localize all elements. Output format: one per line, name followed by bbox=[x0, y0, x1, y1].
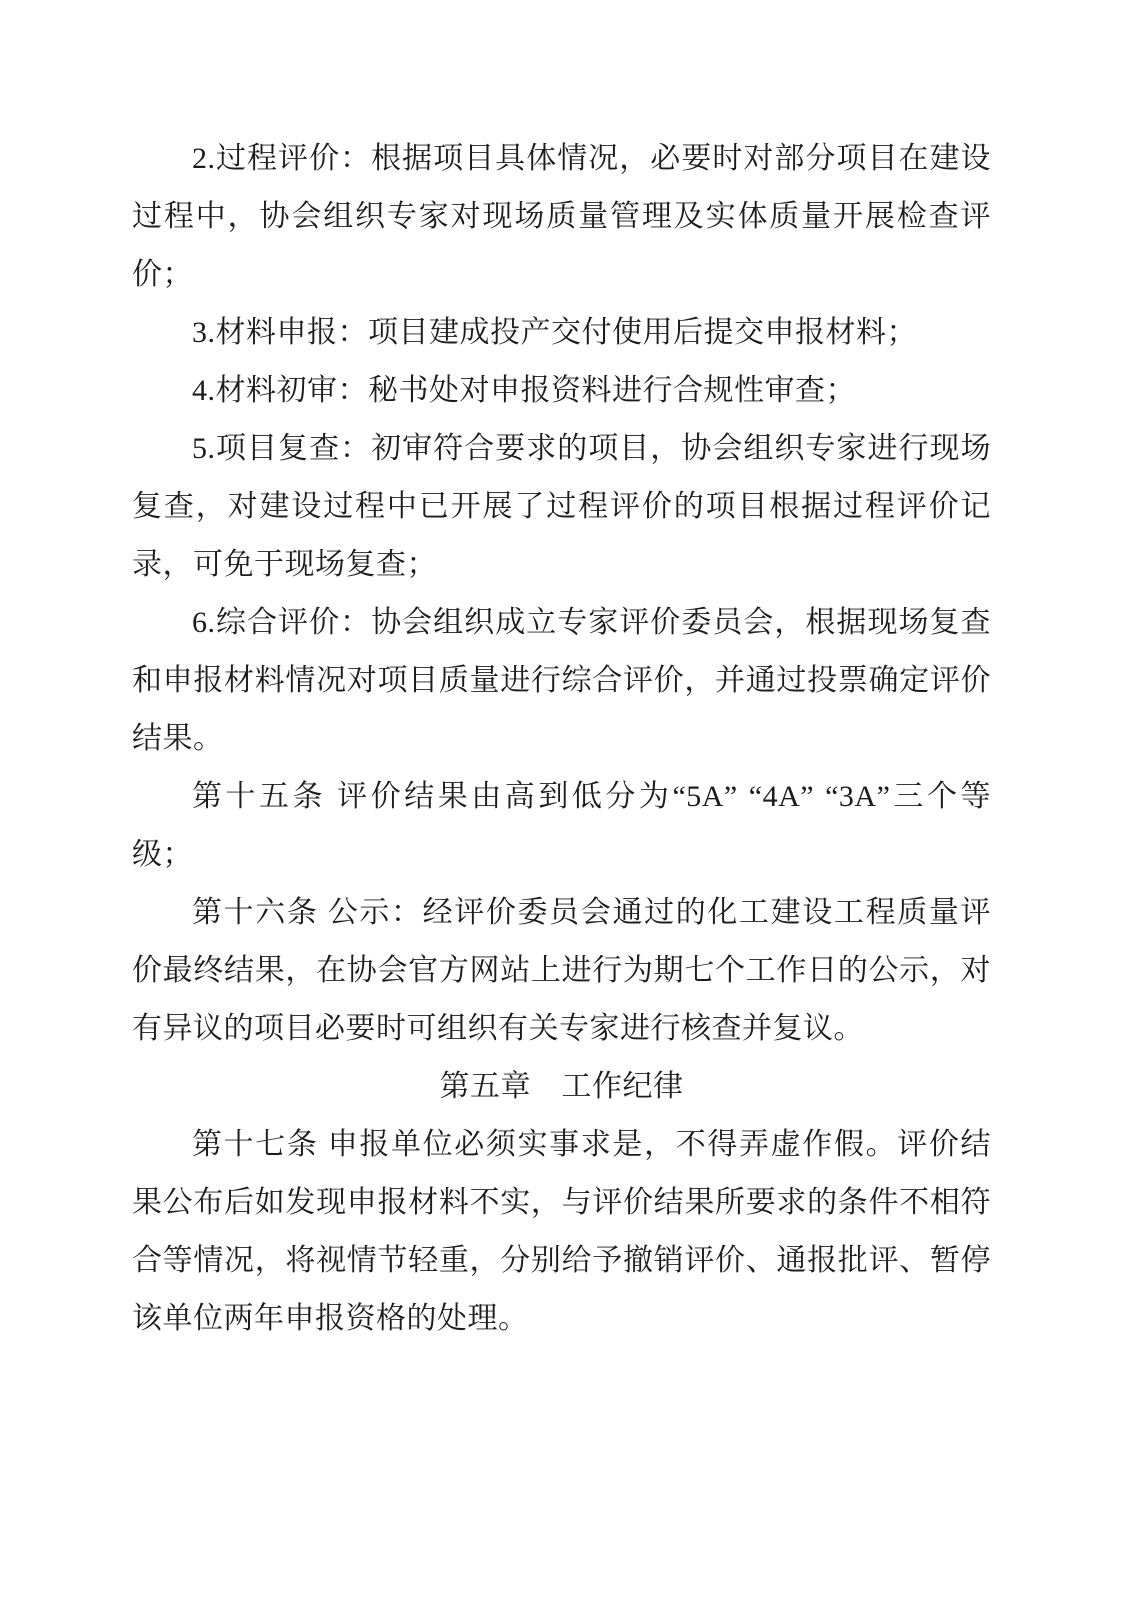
body-paragraph-process-evaluation: 2.过程评价：根据项目具体情况，必要时对部分项目在建设过程中，协会组织专家对现场… bbox=[132, 130, 991, 304]
body-paragraph-material-initial-review: 4.材料初审：秘书处对申报资料进行合规性审查； bbox=[132, 362, 991, 420]
body-paragraph-comprehensive-evaluation: 6.综合评价：协会组织成立专家评价委员会，根据现场复查和申报材料情况对项目质量进… bbox=[132, 594, 991, 768]
body-paragraph-article-17: 第十七条 申报单位必须实事求是，不得弄虚作假。评价结果公布后如发现申报材料不实，… bbox=[132, 1116, 991, 1348]
body-paragraph-material-application: 3.材料申报：项目建成投产交付使用后提交申报材料； bbox=[132, 304, 991, 362]
document-page: 2.过程评价：根据项目具体情况，必要时对部分项目在建设过程中，协会组织专家对现场… bbox=[0, 0, 1131, 1600]
body-paragraph-project-recheck: 5.项目复查：初审符合要求的项目，协会组织专家进行现场复查，对建设过程中已开展了… bbox=[132, 420, 991, 594]
body-paragraph-article-15: 第十五条 评价结果由高到低分为“5A” “4A” “3A”三个等级； bbox=[132, 768, 991, 884]
chapter-heading-work-discipline: 第五章 工作纪律 bbox=[132, 1058, 991, 1116]
body-paragraph-article-16: 第十六条 公示：经评价委员会通过的化工建设工程质量评价最终结果，在协会官方网站上… bbox=[132, 884, 991, 1058]
text-content: 2.过程评价：根据项目具体情况，必要时对部分项目在建设过程中，协会组织专家对现场… bbox=[0, 0, 1131, 1348]
